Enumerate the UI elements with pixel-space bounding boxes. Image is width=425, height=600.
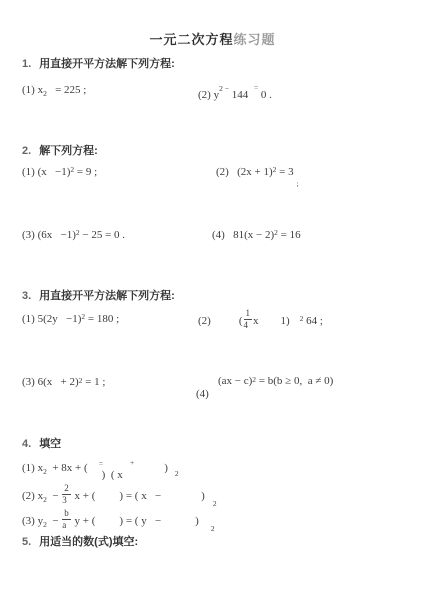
fraction-denominator: 3 — [62, 495, 71, 505]
problem-3-4: (ax − c)2 = b(b ≥ 0, a ≠ 0) — [218, 375, 333, 388]
math-part: (3) 6(x + 2) — [22, 376, 79, 389]
section-number: 1. — [22, 58, 31, 71]
math-part: 64 ; — [303, 315, 323, 328]
math-part: = 16 — [278, 229, 301, 242]
section-number: 5. — [22, 536, 31, 549]
fraction-b-over-a: ba — [62, 509, 71, 530]
problem-2-2: (2) (2x + 1)2 = 3; — [216, 166, 299, 179]
math-part: + — [130, 456, 134, 469]
math-part: 2 — [211, 522, 215, 535]
math-part: = — [99, 457, 103, 470]
problem-4-2: (2) x2 − 23 x + () = ( x −)2 — [22, 486, 217, 507]
doc-title: 一元二次方程练习题 — [0, 33, 425, 46]
math-part: = 1 ; — [82, 376, 105, 389]
math-part: = b(b ≥ 0, a ≠ 0) — [256, 375, 333, 388]
fraction-denominator: 4 — [244, 320, 253, 330]
math-part: 144 — [229, 89, 251, 102]
title-main: 一元二次方程 — [149, 33, 233, 46]
section-2-heading: 2.解下列方程: — [22, 145, 98, 158]
problem-2-3: (3) (6x −1)2 − 25 = 0 . — [22, 229, 125, 242]
math-part: − — [47, 490, 61, 503]
title-suffix: 练习题 — [234, 33, 276, 46]
math-part: ) = ( x − — [119, 490, 161, 503]
math-part: 2 — [175, 467, 179, 480]
math-part: y + ( — [72, 515, 96, 528]
section-1-heading: 1.用直接开平方法解下列方程: — [22, 58, 175, 71]
math-part: (2) (2x + 1) — [216, 166, 273, 179]
problem-3-2: (2)(14x1)2 64 ; — [198, 311, 323, 332]
math-part: (1) x — [22, 84, 43, 97]
fraction-one-fourth: 14 — [244, 309, 253, 330]
math-part: ; — [297, 177, 299, 190]
problem-4-3: (3) y2 − ba y + () = ( y −)2 — [22, 511, 215, 532]
math-part: ) = ( y − — [119, 515, 161, 528]
math-part: = 9 ; — [74, 166, 97, 179]
math-part: ) — [164, 462, 168, 475]
math-part: (1) (x −1) — [22, 166, 70, 179]
section-4-heading: 4.填空 — [22, 438, 61, 451]
problem-3-1: (1) 5(2y −1)2 = 180 ; — [22, 313, 119, 326]
math-part: x + ( — [72, 490, 96, 503]
math-part: ( — [239, 315, 243, 328]
section-number: 3. — [22, 290, 31, 303]
section-title: 用直接开平方法解下列方程: — [39, 58, 175, 71]
problem-3-3: (3) 6(x + 2)2 = 1 ; — [22, 376, 105, 389]
section-title: 填空 — [39, 438, 61, 451]
fraction-two-thirds: 23 — [62, 484, 71, 505]
math-part: 1) — [281, 315, 290, 328]
math-part: (ax − c) — [218, 375, 252, 388]
math-part: (1) x — [22, 462, 43, 475]
math-part: (2) — [198, 315, 211, 328]
section-3-heading: 3.用直接开平方法解下列方程: — [22, 290, 175, 303]
problem-3-4-label: (4) — [196, 388, 209, 401]
fraction-numerator: 2 — [62, 484, 71, 495]
math-part: = 180 ; — [85, 313, 119, 326]
math-part: 0 . — [258, 89, 272, 102]
math-part: ) ( x — [102, 469, 123, 482]
math-part: (2) y — [198, 89, 219, 102]
fraction-denominator: a — [62, 520, 71, 530]
math-part: (4) — [196, 388, 209, 401]
math-part: = 225 ; — [47, 84, 87, 97]
math-part: (3) y — [22, 515, 43, 528]
math-part: 2 — [213, 497, 217, 510]
worksheet-page: 一元二次方程练习题1.用直接开平方法解下列方程:(1) x2 = 225 ;(2… — [0, 0, 425, 600]
math-part: (2) x — [22, 490, 43, 503]
math-part: (1) 5(2y −1) — [22, 313, 81, 326]
fraction-numerator: 1 — [244, 309, 253, 320]
problem-2-4: (4) 81(x − 2)2 = 16 — [212, 229, 301, 242]
section-number: 2. — [22, 145, 31, 158]
fraction-numerator: b — [62, 509, 71, 520]
math-part: ) — [195, 515, 199, 528]
problem-1-1: (1) x2 = 225 ; — [22, 84, 86, 97]
problem-1-2: (2) y2 − 144 = 0 . — [198, 89, 272, 102]
math-part: 2 − — [219, 82, 229, 95]
section-number: 4. — [22, 438, 31, 451]
math-part: (4) 81(x − 2) — [212, 229, 274, 242]
math-part: − 25 = 0 . — [80, 229, 125, 242]
math-part: + 8x + ( — [47, 462, 88, 475]
math-part: − — [47, 515, 61, 528]
math-part: ) — [201, 490, 205, 503]
section-5-heading: 5.用适当的数(式)填空: — [22, 536, 138, 549]
math-part: x — [253, 315, 259, 328]
section-title: 用直接开平方法解下列方程: — [39, 290, 175, 303]
section-title: 用适当的数(式)填空: — [39, 536, 138, 549]
math-part: = 3 — [276, 166, 293, 179]
section-title: 解下列方程: — [39, 145, 98, 158]
problem-2-1: (1) (x −1)2 = 9 ; — [22, 166, 97, 179]
problem-4-1: (1) x2 + 8x + () ( x=+)2 — [22, 462, 179, 475]
math-part: (3) (6x −1) — [22, 229, 76, 242]
